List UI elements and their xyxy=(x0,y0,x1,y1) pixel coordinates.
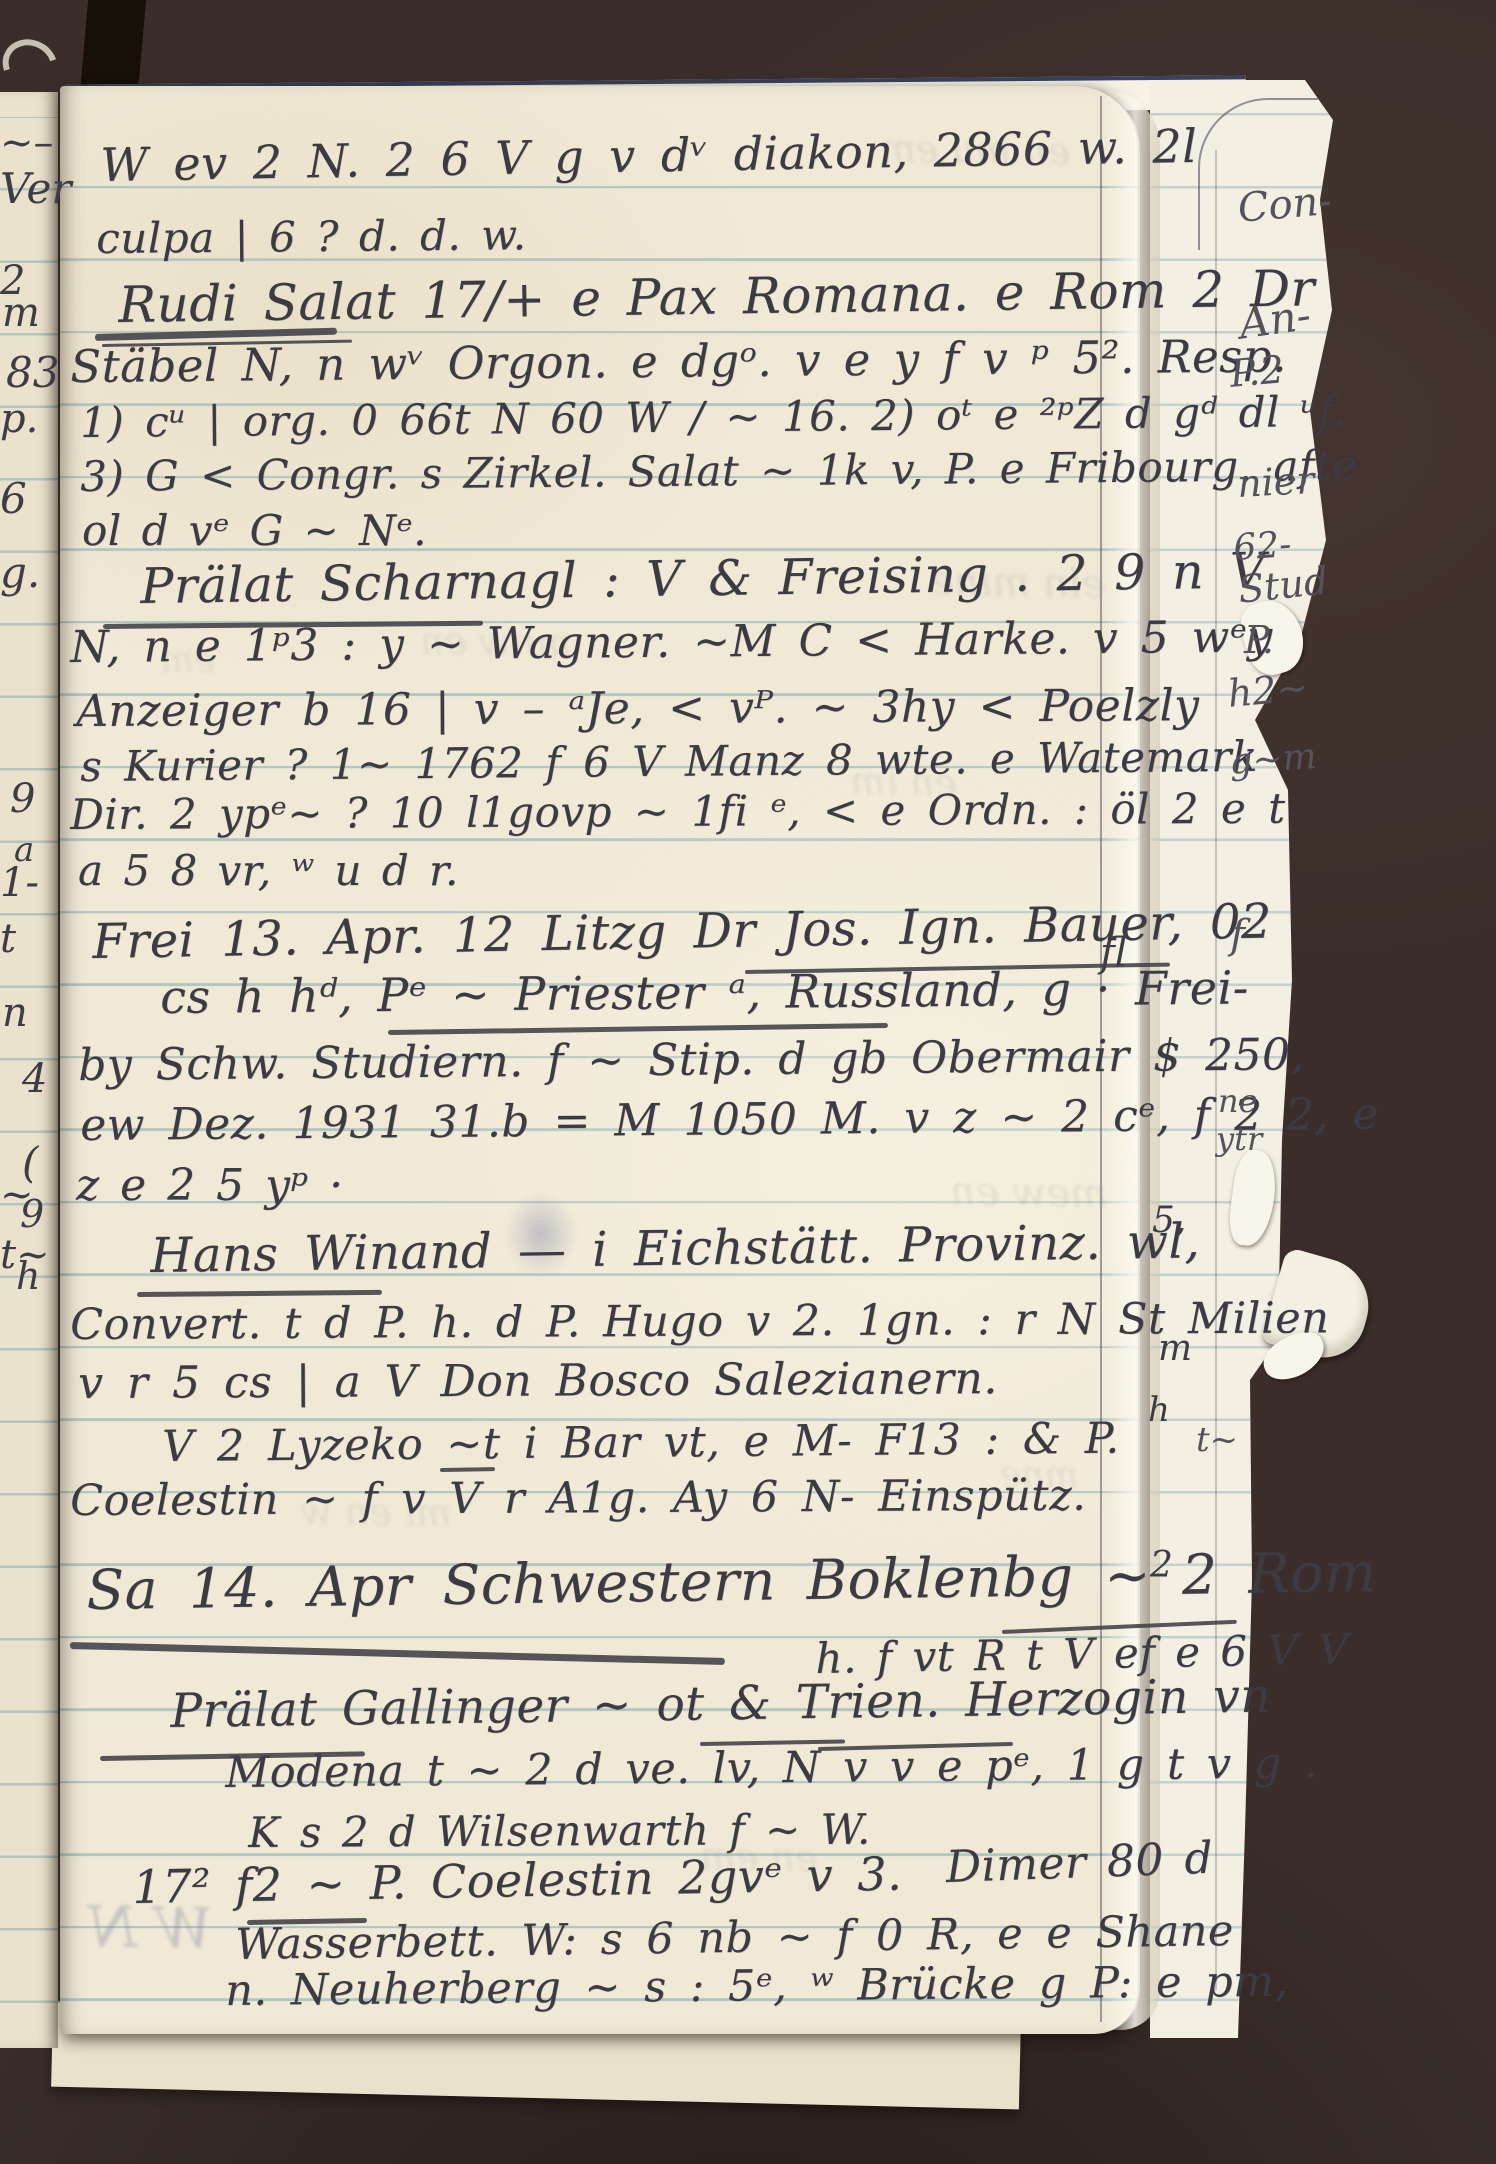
torn-strip-text-fragment: Stud xyxy=(1236,559,1330,612)
facing-page-text-fragment: 6 xyxy=(0,474,27,523)
facing-page-text-fragment: n xyxy=(2,990,28,1036)
handwritten-line: culpa | 6 ? d. d. w. xyxy=(96,210,527,263)
page-edge-text-fragment: m xyxy=(1158,1328,1192,1369)
handwritten-line: s Kurier ? 1~ 1762 f 6 V Manz 8 wte. e W… xyxy=(80,732,1258,791)
torn-strip-text-fragment: f xyxy=(1230,912,1245,958)
handwritten-line: Convert. t d P. h. d P. Hugo v 2. 1gn. :… xyxy=(70,1293,1329,1350)
thread-loop xyxy=(0,30,66,100)
facing-page-text-fragment: 4 xyxy=(22,1056,47,1102)
torn-strip-text-fragment: g~m xyxy=(1228,736,1318,783)
handwritten-line: V 2 Lyzeko ~t i Bar vt, e M- F13 : & P. xyxy=(162,1414,1120,1472)
handwritten-line: N, n e 1ᵖ3 : y ~ Wagner. ~M C < Harke. v… xyxy=(70,612,1273,673)
facing-page-text-fragment: h xyxy=(16,1254,40,1298)
torn-strip-text-fragment: ne xyxy=(1218,1082,1258,1120)
bookmark-ribbon xyxy=(80,0,146,94)
handwritten-line: Coelestin ~ f v V r A1g. Ay 6 N- Einspüt… xyxy=(70,1471,1086,1526)
page-edge-text-fragment: 2 xyxy=(1150,1545,1173,1586)
scan-backdrop: W ev 2 N. 2 6 V g v dᵛ diakon, 2866 w. 2… xyxy=(0,0,1496,2164)
facing-page-text-fragment: t xyxy=(0,916,16,962)
facing-page-text-fragment: 83 xyxy=(6,348,59,397)
page-edge-text-fragment: 5, xyxy=(1152,1200,1186,1241)
handwritten-line: a 5 8 vr, ʷ u d r. xyxy=(78,846,459,895)
facing-page-text-fragment: 9 xyxy=(10,776,35,822)
torn-strip-text-fragment: An- xyxy=(1236,290,1314,348)
handwritten-line: Dir. 2 ypᵉ~ ? 10 l1govp ~ 1fi ᵉ, < e Ord… xyxy=(70,784,1286,839)
torn-strip-text-fragment: P. xyxy=(1244,618,1274,662)
handwritten-line: Stäbel N, n wᵛ Orgon. e dgᵒ. v e y f v ᵖ… xyxy=(70,329,1287,393)
handwritten-line: Modena t ~ 2 d ve. lv, N v v e pᵉ, 1 g t… xyxy=(225,1738,1318,1798)
torn-strip-text-fragment: P.2 xyxy=(1228,347,1286,396)
facing-page-text-fragment: p. xyxy=(0,396,38,442)
handwritten-line: v r 5 cs | a V Don Bosco Salezianern. xyxy=(78,1353,998,1409)
handwritten-line: Dimer 80 d xyxy=(945,1833,1214,1893)
torn-strip-text-fragment: h2~ xyxy=(1226,665,1310,716)
handwritten-line: by Schw. Studiern. f ~ Stip. d gb Oberma… xyxy=(78,1029,1305,1091)
torn-strip-text-fragment: ytr xyxy=(1216,1120,1262,1158)
page-edge-text-fragment: fl xyxy=(1100,930,1127,976)
handwritten-line: Anzeiger b 16 | v – ᵃJe, < vᴾ. ~ 3hy < P… xyxy=(76,680,1200,737)
facing-page-text-fragment: m xyxy=(2,290,40,336)
facing-page-text-fragment: 1- xyxy=(0,860,39,906)
torn-strip-text-fragment: Con- xyxy=(1236,178,1334,232)
facing-page-text-fragment: ~– xyxy=(0,120,54,166)
bleed-through-text: mew en xyxy=(950,1169,1109,1218)
facing-page-text-fragment: 9 xyxy=(20,1192,44,1236)
torn-strip-text-fragment: nier xyxy=(1236,458,1315,506)
handwritten-line: cs h hᵈ, Pᵉ ~ Priester ᵃ, Russland, g · … xyxy=(160,961,1249,1024)
handwritten-line: n. Neuherberg ~ s : 5ᵉ, ʷ Brücke g P: e … xyxy=(225,1957,1289,2016)
handwritten-line: z e 2 5 yᵖ · xyxy=(76,1160,344,1211)
page-edge-text-fragment: h xyxy=(1148,1390,1170,1430)
torn-strip-text-fragment: t~ xyxy=(1196,1420,1238,1460)
facing-page-text-fragment: g. xyxy=(0,548,40,597)
handwritten-line: ol d vᵉ G ~ Nᵉ. xyxy=(82,506,427,555)
facing-page-text-fragment: Ver xyxy=(0,164,71,213)
